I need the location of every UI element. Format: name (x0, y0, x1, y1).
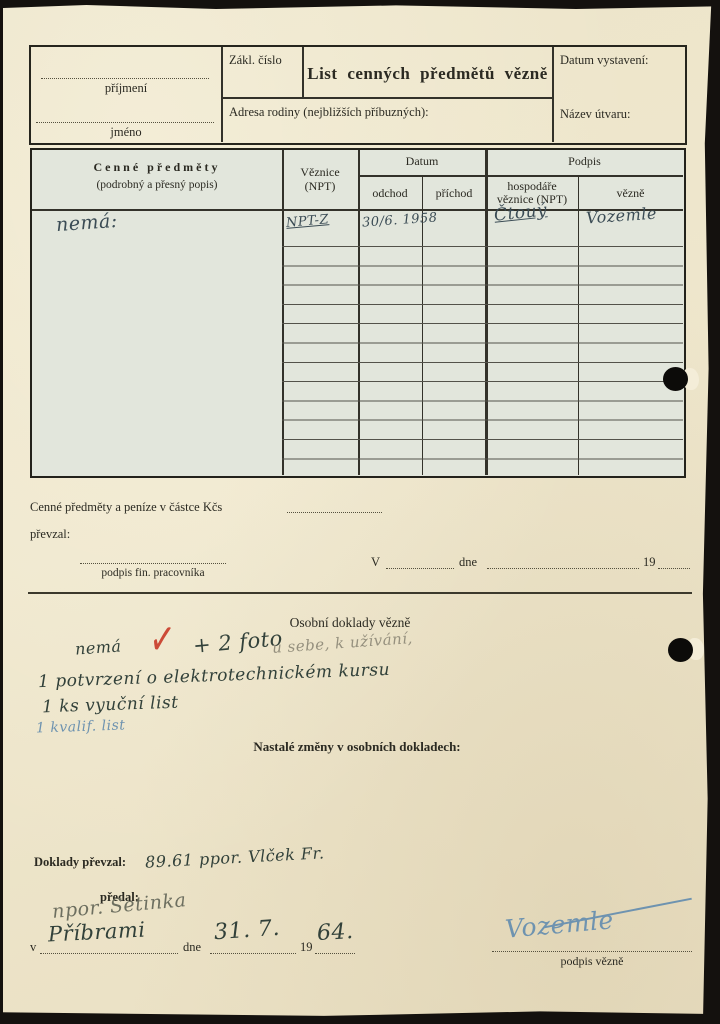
prisoner-signature-dotted (492, 950, 692, 952)
col-arrival-header: příchod (422, 187, 486, 200)
year-dotted (658, 567, 690, 569)
place-dotted (386, 567, 454, 569)
col-departure-header: odchod (358, 187, 422, 200)
form-title: List cenných předmětů vězně (302, 64, 553, 84)
col-items-header: Cenné předměty (32, 161, 282, 174)
handover-year-dotted (315, 952, 355, 954)
handover-year-handwriting: 64. (316, 919, 354, 946)
table-group-underline (358, 175, 683, 177)
header-divider-left (221, 47, 223, 142)
header-divider-right (552, 47, 554, 142)
entry-prison-handwriting: NPT-Z (285, 212, 329, 231)
base-number-label: Zákl. číslo (229, 53, 282, 68)
place-prefix-label: V (371, 555, 380, 570)
col-items-subheader: (podrobný a přesný popis) (32, 179, 282, 192)
handover-date-handwriting: 31. 7. (213, 916, 281, 946)
handover-date-dotted (210, 952, 296, 954)
firstname-dotted-line (36, 121, 214, 123)
surname-dotted-line (41, 77, 209, 79)
section-divider (28, 592, 692, 594)
family-address-label: Adresa rodiny (nejbližších příbuzných): (229, 105, 429, 120)
entry-items-handwriting: nemá: (55, 210, 118, 236)
handover-received-label: Doklady převzal: (34, 855, 126, 870)
documents-handwriting-pencil-note: u sebe, k užívání, (272, 629, 414, 657)
col-prisoner-header: vězně (578, 187, 683, 200)
scan-edge-left (0, 0, 3, 1024)
date-label: dne (459, 555, 477, 570)
date-dotted (487, 567, 639, 569)
money-received-label: převzal: (30, 527, 70, 542)
prisoner-signature-label: podpis vězně (492, 954, 692, 969)
header-divider-mid (221, 97, 553, 99)
money-amount-dotted (287, 511, 382, 513)
documents-handwriting-line2: 1 potvrzení o elektrotechnickém kursu (38, 660, 391, 692)
table-ruled-lines (282, 246, 683, 475)
group-signature-header: Podpis (486, 155, 683, 168)
punch-hole-2 (668, 638, 693, 662)
entry-departure-handwriting: 30/6. 1958 (362, 210, 438, 230)
prisoner-signature-handwriting: Vozemle (504, 905, 615, 943)
entry-manager-signature: Čtouý (493, 200, 548, 225)
fin-signature-label: podpis fin. pracovníka (80, 567, 226, 579)
year-prefix-label: 19 (643, 555, 656, 570)
documents-changes-title: Nastalé změny v osobních dokladech: (237, 739, 477, 755)
group-date-header: Datum (358, 155, 486, 168)
unit-name-label: Název útvaru: (560, 107, 630, 122)
firstname-label: jméno (31, 125, 221, 140)
handover-place-dotted (40, 952, 178, 954)
scanned-form-paper: příjmení jméno Zákl. číslo List cenných … (0, 0, 720, 1024)
documents-handwriting-line4: 1 kvalif. list (36, 717, 126, 736)
handover-year-prefix: 19 (300, 940, 313, 955)
money-amount-label: Cenné předměty a peníze v částce Kčs (30, 500, 222, 515)
valuables-table: Cenné předměty (podrobný a přesný popis)… (30, 148, 686, 478)
handover-date-label: dne (183, 940, 201, 955)
surname-label: příjmení (31, 81, 221, 96)
col-prison-subheader: (NPT) (282, 180, 358, 193)
col-prison-header: Věznice (282, 166, 358, 179)
handover-place-handwriting: Příbrami (47, 917, 146, 946)
fin-signature-dotted (80, 562, 226, 564)
red-checkmark: ✓ (148, 610, 177, 668)
header-box: příjmení jméno Zákl. číslo List cenných … (29, 45, 687, 145)
documents-handwriting-foto: + 2 foto (192, 626, 284, 658)
date-issued-label: Datum vystavení: (560, 53, 649, 68)
punch-hole-1 (663, 367, 688, 391)
documents-handwriting-nema: nemá (74, 636, 122, 658)
documents-handwriting-line3: 1 ks vyuční list (42, 693, 179, 718)
handover-place-prefix: v (30, 940, 36, 955)
entry-prisoner-signature: Vozemle (585, 204, 657, 228)
handover-received-note: 89.61 ppor. Vlček Fr. (145, 843, 325, 871)
